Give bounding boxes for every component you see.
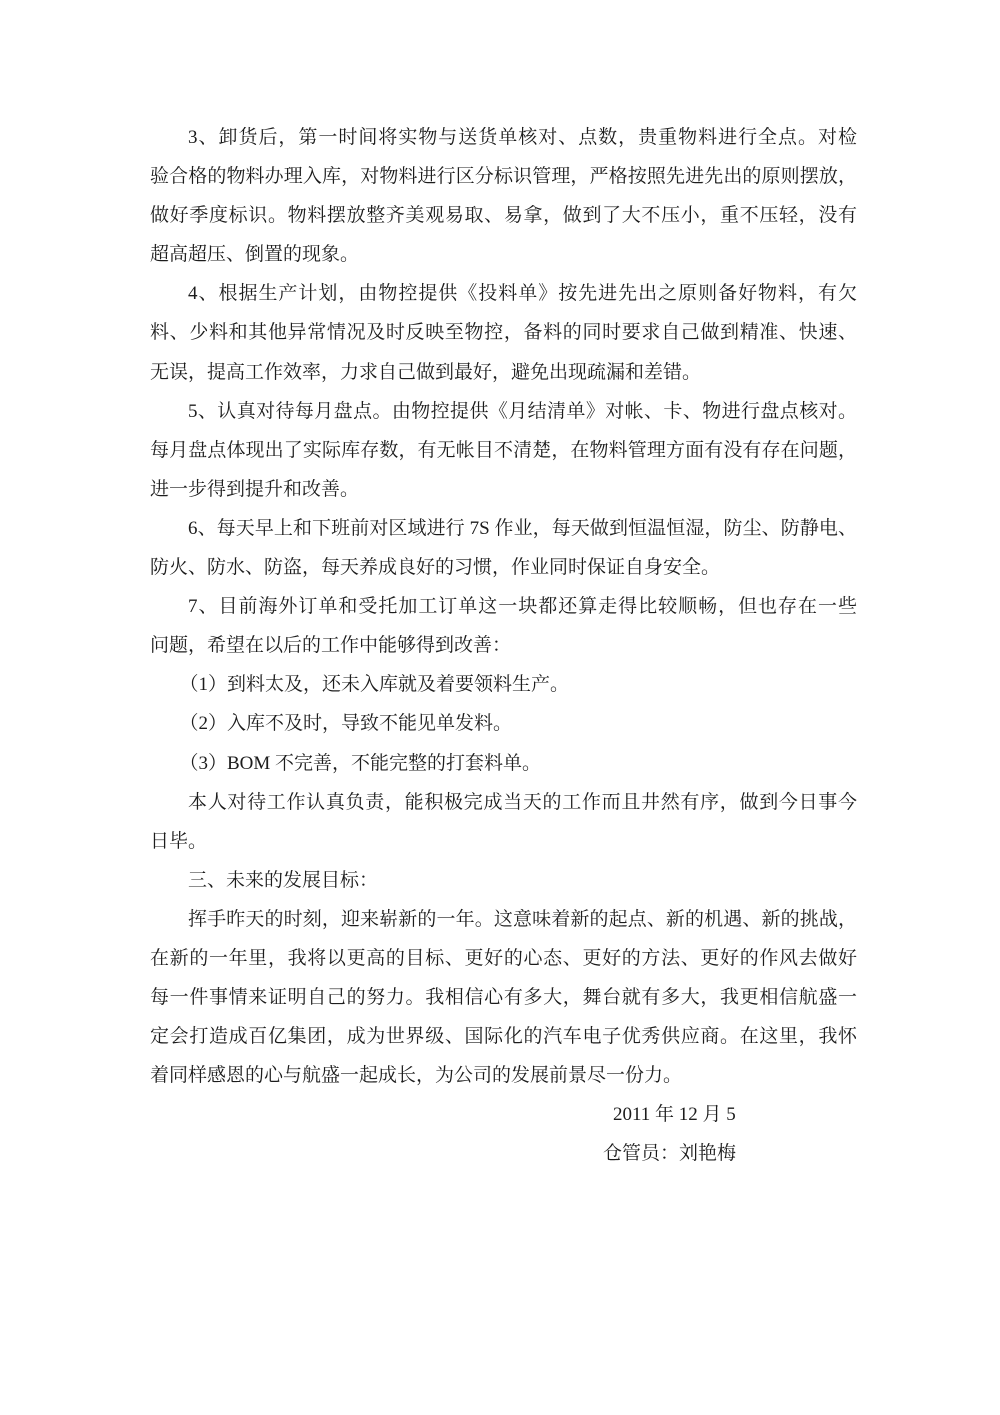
item7-line-2: 问题，希望在以后的工作中能够得到改善：: [150, 626, 857, 665]
section-heading-future-goals: 三、未来的发展目标：: [150, 861, 857, 900]
item5-line-3: 进一步得到提升和改善。: [150, 470, 857, 509]
item4-line-2: 料、少料和其他异常情况及时反映至物控，备料的同时要求自己做到精准、快速、: [150, 313, 857, 352]
item3-line-1: 3、卸货后，第一时间将实物与送货单核对、点数，贵重物料进行全点。对检: [150, 118, 857, 157]
item5-line-1: 5、认真对待每月盘点。由物控提供《月结清单》对帐、卡、物进行盘点核对。: [150, 392, 857, 431]
self-evaluation-line-2: 日毕。: [150, 822, 857, 861]
signature-date: 2011 年 12 月 5: [150, 1095, 857, 1134]
sub-item-3-line: （3）BOM 不完善，不能完整的打套料单。: [150, 744, 857, 783]
signature-signer: 仓管员：刘艳梅: [150, 1134, 857, 1173]
item6-line-1: 6、每天早上和下班前对区域进行 7S 作业，每天做到恒温恒湿，防尘、防静电、: [150, 509, 857, 548]
document-text-block: 3、卸货后，第一时间将实物与送货单核对、点数，贵重物料进行全点。对检 验合格的物…: [150, 118, 857, 1174]
item4-line-3: 无误，提高工作效率，力求自己做到最好，避免出现疏漏和差错。: [150, 353, 857, 392]
item3-line-4: 超高超压、倒置的现象。: [150, 235, 857, 274]
item3-line-3: 做好季度标识。物料摆放整齐美观易取、易拿，做到了大不压小，重不压轻，没有: [150, 196, 857, 235]
future-goals-line-4: 定会打造成百亿集团，成为世界级、国际化的汽车电子优秀供应商。在这里，我怀: [150, 1017, 857, 1056]
item3-line-2: 验合格的物料办理入库，对物料进行区分标识管理，严格按照先进先出的原则摆放，: [150, 157, 857, 196]
document-page: 3、卸货后，第一时间将实物与送货单核对、点数，贵重物料进行全点。对检 验合格的物…: [0, 0, 1000, 1415]
future-goals-line-3: 每一件事情来证明自己的努力。我相信心有多大，舞台就有多大，我更相信航盛一: [150, 978, 857, 1017]
sub-item-1-line: （1）到料太及，还未入库就及着要领料生产。: [150, 665, 857, 704]
sub-item-2-line: （2）入库不及时，导致不能见单发料。: [150, 704, 857, 743]
future-goals-line-2: 在新的一年里，我将以更高的目标、更好的心态、更好的方法、更好的作风去做好: [150, 939, 857, 978]
future-goals-line-5: 着同样感恩的心与航盛一起成长，为公司的发展前景尽一份力。: [150, 1056, 857, 1095]
self-evaluation-line-1: 本人对待工作认真负责，能积极完成当天的工作而且井然有序，做到今日事今: [150, 783, 857, 822]
item4-line-1: 4、根据生产计划，由物控提供《投料单》按先进先出之原则备好物料，有欠: [150, 274, 857, 313]
item5-line-2: 每月盘点体现出了实际库存数，有无帐目不清楚，在物料管理方面有没有存在问题，: [150, 431, 857, 470]
future-goals-line-1: 挥手昨天的时刻，迎来崭新的一年。这意味着新的起点、新的机遇、新的挑战，: [150, 900, 857, 939]
item7-line-1: 7、目前海外订单和受托加工订单这一块都还算走得比较顺畅，但也存在一些: [150, 587, 857, 626]
item6-line-2: 防火、防水、防盗，每天养成良好的习惯，作业同时保证自身安全。: [150, 548, 857, 587]
